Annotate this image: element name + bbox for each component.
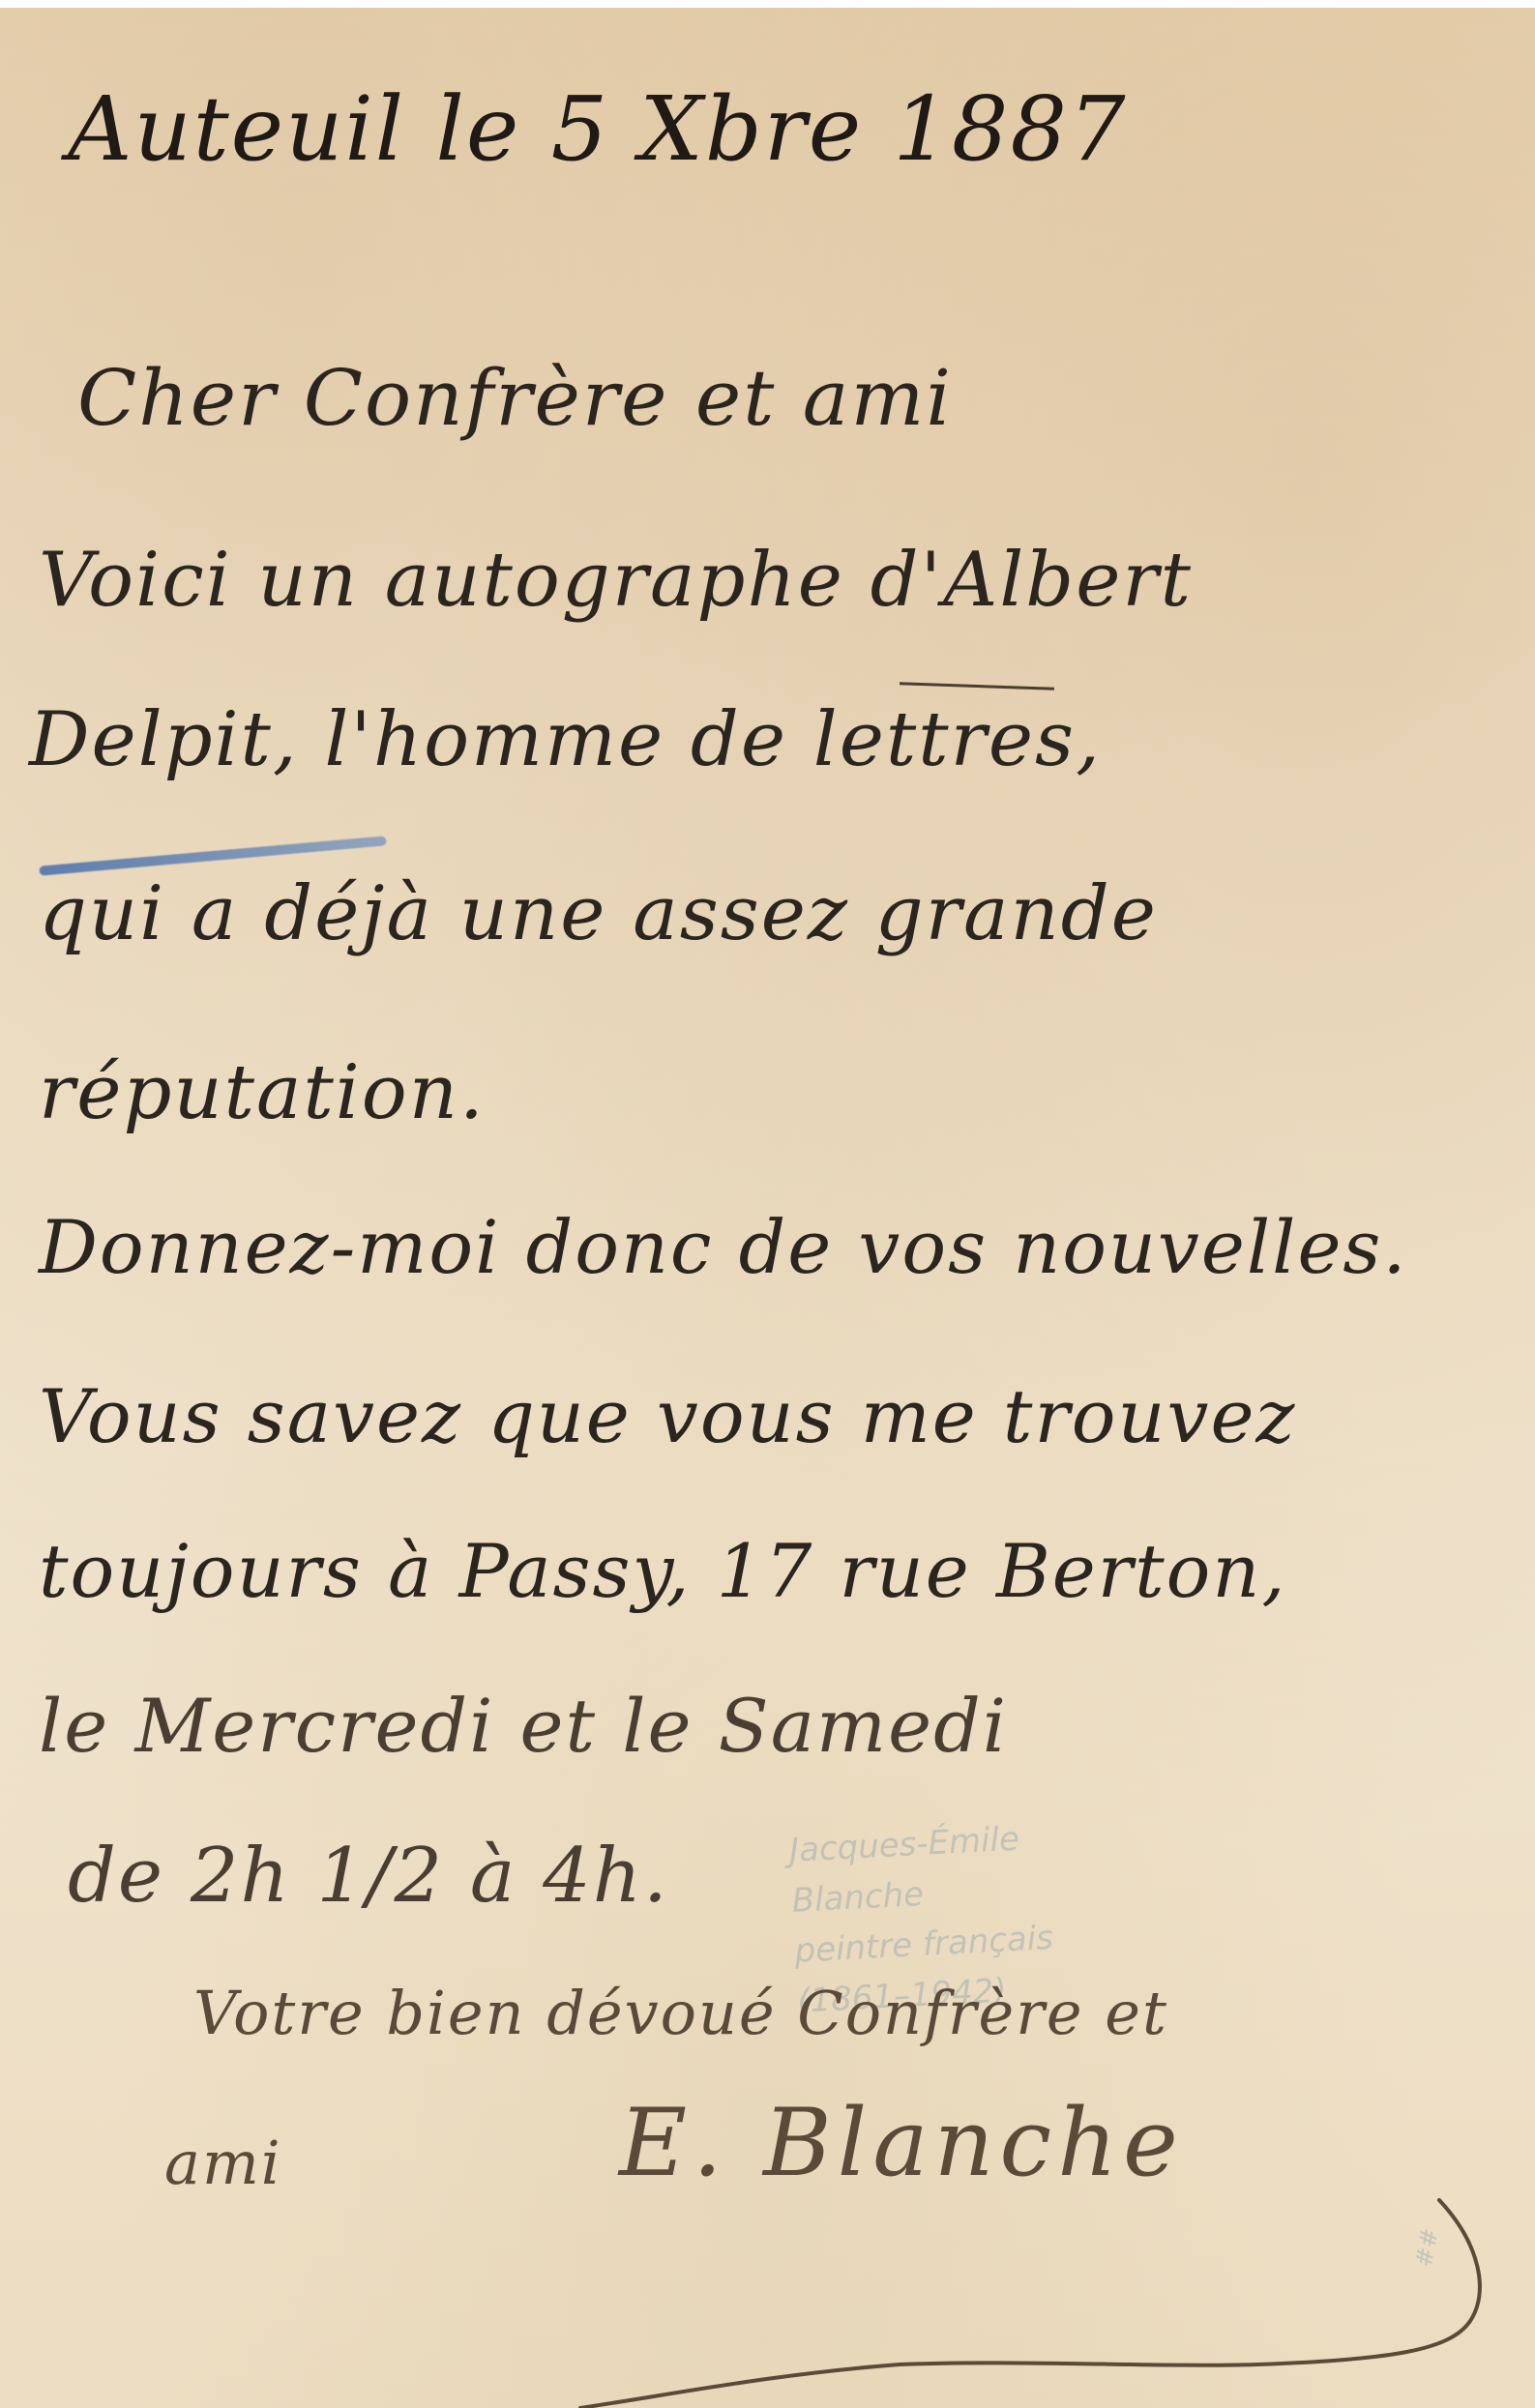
body-line: qui a déjà une assez grande	[39, 870, 1158, 957]
closing-line: Votre bien dévoué Confrère et	[193, 1978, 1168, 2048]
body-line: réputation.	[39, 1049, 486, 1136]
body-line: Delpit, l'homme de lettres,	[29, 696, 1102, 783]
body-line: Voici un autographe d'Albert	[39, 537, 1193, 624]
body-line: le Mercredi et le Samedi	[39, 1683, 1008, 1769]
body-line: Donnez-moi donc de vos nouvelles.	[39, 1204, 1408, 1290]
closing-line: ami	[164, 2128, 282, 2198]
signature: E. Blanche	[619, 2089, 1184, 2197]
pencil-annotation-line: Jacques-Émile Blanche	[788, 1810, 1083, 1926]
salutation: Cher Confrère et ami	[77, 353, 953, 443]
body-line: Vous savez que vous me trouvez	[39, 1373, 1296, 1459]
dateline: Auteuil le 5 Xbre 1887	[68, 77, 1128, 181]
body-line: de 2h 1/2 à 4h.	[68, 1833, 669, 1920]
body-line: toujours à Passy, 17 rue Berton,	[39, 1528, 1287, 1614]
